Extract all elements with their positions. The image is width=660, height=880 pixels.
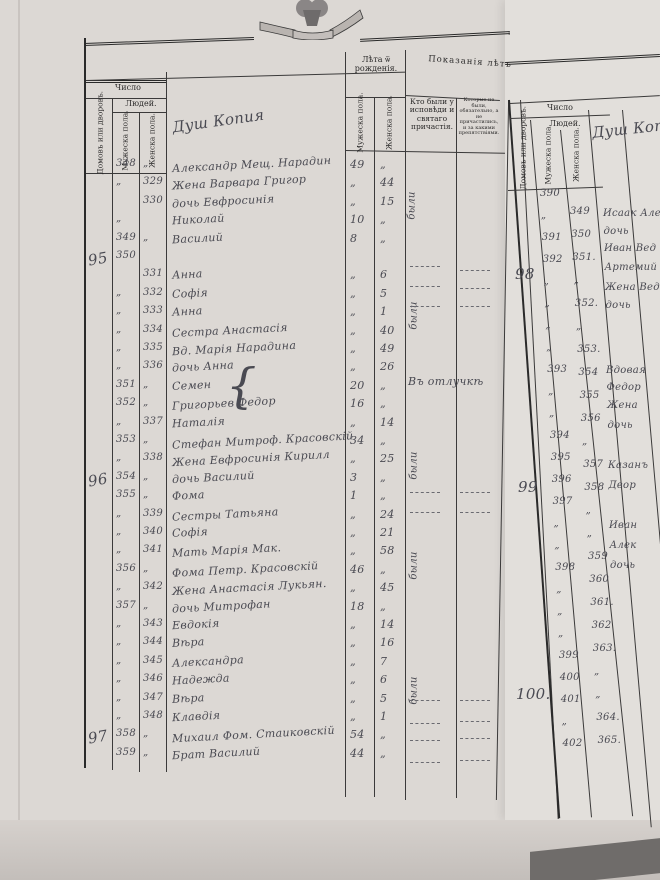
male-number: „	[116, 360, 121, 371]
female-number: 340	[143, 526, 163, 537]
column-line	[139, 112, 140, 772]
dash-mark	[460, 306, 490, 307]
male-age: 16	[350, 397, 365, 410]
male-age: 8	[350, 232, 357, 245]
female-number: 346	[143, 673, 163, 684]
person-name: Вѣра	[172, 636, 205, 651]
male-number: 354	[116, 471, 136, 482]
male-number: „	[116, 710, 121, 721]
right-person-name: Иван Вед	[604, 243, 656, 254]
dash-mark	[410, 723, 440, 724]
right-female-number: 359	[588, 551, 608, 562]
female-age: 6	[380, 673, 387, 686]
column-line	[112, 98, 113, 770]
female-number: 329	[143, 176, 163, 187]
dash-mark	[410, 306, 440, 307]
dash-mark	[410, 286, 440, 287]
male-age: „	[350, 508, 356, 521]
female-age: 24	[380, 508, 395, 521]
right-male-number: „	[549, 408, 554, 419]
male-age: „	[350, 268, 356, 281]
female-age: 5	[380, 692, 387, 705]
header-domov: Домовъ или дворовъ.	[96, 95, 105, 175]
header-not-confessed: Которые не были, обязательно, а не прича…	[458, 98, 500, 137]
right-male-number: 394	[550, 430, 570, 441]
person-name: Софія	[172, 286, 209, 301]
dash-mark	[460, 288, 490, 289]
male-number: „	[116, 618, 121, 629]
right-female-number: „	[595, 689, 600, 700]
female-number: „	[143, 471, 148, 482]
person-name: Наталія	[172, 414, 226, 430]
column-line	[405, 50, 406, 800]
female-number: 338	[143, 452, 163, 463]
female-number: 341	[143, 544, 163, 555]
male-age: „	[350, 360, 356, 373]
male-number: 357	[116, 600, 136, 611]
right-person-name: Вдовая	[606, 365, 646, 376]
male-age: 54	[350, 728, 365, 741]
female-age: „	[380, 213, 386, 226]
right-female-number: 362	[592, 620, 612, 631]
male-age: 3	[350, 471, 357, 484]
male-age: „	[350, 618, 356, 631]
right-male-number: „	[558, 628, 563, 639]
confession-note: были	[409, 451, 420, 479]
household-number: 95	[87, 248, 110, 269]
dash-mark	[410, 762, 440, 763]
female-number: „	[143, 397, 148, 408]
column-line	[374, 97, 375, 797]
female-age: „	[380, 232, 386, 245]
right-female-number: 363.	[593, 643, 616, 654]
female-age: 58	[380, 544, 395, 557]
male-age: „	[350, 710, 356, 723]
right-female-number: „	[587, 528, 592, 539]
confession-note: были	[409, 551, 420, 579]
person-name: Семен	[172, 378, 212, 393]
right-header-chislo: Число	[530, 104, 590, 113]
right-person-name: дочь	[606, 300, 631, 311]
male-number: „	[116, 636, 121, 647]
dash-mark	[460, 492, 490, 493]
female-number: 347	[143, 692, 163, 703]
female-number: „	[143, 563, 148, 574]
female-age: 21	[380, 526, 395, 539]
right-female-number: 353.	[577, 344, 600, 355]
male-number: „	[116, 213, 121, 224]
right-female-number: 365.	[598, 735, 621, 746]
dash-mark	[410, 700, 440, 701]
right-male-number: 395	[551, 452, 571, 463]
right-female-number: 350	[571, 229, 591, 240]
right-household-number: 98	[515, 265, 535, 283]
person-name: Фома	[172, 488, 205, 503]
male-number: „	[116, 342, 121, 353]
female-age: 44	[380, 176, 395, 189]
right-header-muzh: Мужеска пола.	[544, 125, 553, 185]
female-age: 15	[380, 195, 395, 208]
dash-mark	[460, 700, 490, 701]
right-female-number: 355	[580, 390, 600, 401]
male-number: 355	[116, 489, 136, 500]
female-number: 342	[143, 581, 163, 592]
female-age: 16	[380, 636, 395, 649]
right-male-number: „	[554, 518, 559, 529]
male-age: „	[350, 416, 356, 429]
female-age: 40	[380, 324, 395, 337]
right-person-name: Исаак Алекс	[603, 208, 660, 219]
right-female-number: 356	[581, 413, 601, 424]
female-age: 5	[380, 287, 387, 300]
female-number: „	[143, 232, 148, 243]
male-age: „	[350, 452, 356, 465]
right-female-number: 352.	[575, 298, 598, 309]
right-female-number: 351.	[572, 252, 595, 263]
male-number: 353	[116, 434, 136, 445]
right-female-number: 364.	[596, 712, 619, 723]
female-number: „	[143, 728, 148, 739]
column-line	[456, 98, 457, 798]
male-age: 20	[350, 379, 365, 392]
right-male-number: 396	[552, 474, 572, 485]
female-age: 14	[380, 416, 395, 429]
absence-note: Въ отлучкѣ	[408, 375, 483, 388]
male-number: „	[116, 655, 121, 666]
right-male-number: „	[545, 298, 550, 309]
male-age: 1	[350, 489, 357, 502]
female-age: 25	[380, 452, 395, 465]
male-age: „	[350, 544, 356, 557]
female-age: 1	[380, 710, 387, 723]
right-male-number: „	[562, 716, 567, 727]
dash-mark	[410, 512, 440, 513]
person-name: Клавдія	[172, 709, 221, 725]
header-zhen: Женска пола.	[148, 106, 157, 176]
female-number: 344	[143, 636, 163, 647]
right-female-number: 357	[583, 459, 603, 470]
right-female-number: „	[574, 275, 579, 286]
female-age: „	[380, 434, 386, 447]
person-name: Софія	[172, 525, 209, 540]
male-age: „	[350, 342, 356, 355]
male-number: 359	[116, 747, 136, 758]
right-male-number: 392	[543, 254, 563, 265]
male-age: 34	[350, 434, 365, 447]
right-male-number: „	[546, 342, 551, 353]
header-line	[345, 97, 405, 98]
female-number: 343	[143, 618, 163, 629]
dash-mark	[460, 512, 490, 513]
right-person-name: дочь	[604, 226, 629, 237]
right-person-name: дочь	[610, 560, 635, 571]
female-number: 333	[143, 305, 163, 316]
female-age: „	[380, 489, 386, 502]
female-number: 332	[143, 287, 163, 298]
person-name: Вѣра	[172, 691, 205, 706]
header-age-female: Женска пола.	[385, 88, 394, 158]
female-number: „	[143, 600, 148, 611]
female-age: 49	[380, 342, 395, 355]
male-number: 348	[116, 158, 136, 169]
double-headed-eagle-emblem-icon	[255, 0, 365, 40]
male-age: „	[350, 673, 356, 686]
male-age: 18	[350, 600, 365, 613]
right-household-number: 100.	[516, 685, 551, 703]
right-male-number: 393	[547, 364, 567, 375]
female-number: 337	[143, 416, 163, 427]
right-male-number: 400	[560, 672, 580, 683]
female-number: 334	[143, 324, 163, 335]
header-confessed: Кто были у исповѣди и святаго причастія.	[408, 98, 456, 131]
male-number: 358	[116, 728, 136, 739]
right-person-name: Артемий	[605, 262, 658, 273]
right-female-number: „	[576, 321, 581, 332]
right-male-number: „	[548, 386, 553, 397]
right-male-number: 390	[540, 188, 560, 199]
male-number: „	[116, 581, 121, 592]
person-name: Анна	[172, 304, 203, 319]
male-number: „	[116, 692, 121, 703]
right-person-name: Алек	[610, 540, 637, 551]
female-age: „	[380, 600, 386, 613]
right-male-number: „	[541, 210, 546, 221]
right-header-domov: Домовъ или дворовъ.	[519, 120, 528, 190]
column-line	[345, 52, 346, 797]
right-household-number: 99	[518, 478, 538, 496]
household-number: 96	[87, 469, 110, 490]
male-number: „	[116, 305, 121, 316]
right-male-number: 391	[542, 232, 562, 243]
right-male-number: „	[557, 606, 562, 617]
female-age: „	[380, 158, 386, 171]
male-age: 10	[350, 213, 365, 226]
female-number: 339	[143, 508, 163, 519]
female-number: 335	[143, 342, 163, 353]
family-brace: {	[226, 358, 257, 414]
female-age: 6	[380, 268, 387, 281]
male-age: „	[350, 581, 356, 594]
male-age: 49	[350, 158, 365, 171]
dash-mark	[460, 721, 490, 722]
female-number: „	[143, 434, 148, 445]
right-male-number: 397	[553, 496, 573, 507]
right-person-name: Федор	[607, 382, 641, 393]
male-number: 351	[116, 379, 136, 390]
dash-mark	[460, 270, 490, 271]
female-age: „	[380, 397, 386, 410]
female-age: 14	[380, 618, 395, 631]
male-age: „	[350, 195, 356, 208]
right-person-name: Жена Вед	[605, 282, 660, 293]
female-age: „	[380, 563, 386, 576]
right-female-number: 354	[578, 367, 598, 378]
right-person-name: Казанъ	[608, 460, 648, 471]
female-number: 330	[143, 195, 163, 206]
male-number: 350	[116, 250, 136, 261]
female-age: „	[380, 728, 386, 741]
right-male-number: „	[545, 320, 550, 331]
female-number: „	[143, 379, 148, 390]
male-number: „	[116, 176, 121, 187]
male-age: 46	[350, 563, 365, 576]
female-number: 348	[143, 710, 163, 721]
male-number: „	[116, 508, 121, 519]
right-person-name: Жена	[607, 400, 638, 411]
right-header-zhen: Женска пола.	[572, 125, 581, 185]
male-number: „	[116, 673, 121, 684]
male-age: „	[350, 287, 356, 300]
person-name: Евдокія	[172, 617, 220, 632]
right-male-number: „	[544, 276, 549, 287]
right-female-number: 349	[570, 206, 590, 217]
female-age: „	[380, 379, 386, 392]
dash-mark	[410, 740, 440, 741]
column-line	[166, 72, 167, 772]
male-age: „	[350, 636, 356, 649]
male-age: „	[350, 305, 356, 318]
female-number: „	[143, 158, 148, 169]
right-female-number: 361.	[590, 597, 613, 608]
male-number: „	[116, 452, 121, 463]
female-age: „	[380, 747, 386, 760]
right-person-name: Иван	[609, 520, 637, 531]
header-leta: Лѣта ѿ рожденія.	[347, 56, 405, 74]
male-age: „	[350, 692, 356, 705]
right-female-number: 360	[589, 574, 609, 585]
female-number: „	[143, 747, 148, 758]
female-number: 336	[143, 360, 163, 371]
right-female-number: „	[594, 666, 599, 677]
male-age: „	[350, 655, 356, 668]
female-number: 331	[143, 268, 163, 279]
frame-line	[84, 38, 86, 768]
male-number: „	[116, 544, 121, 555]
right-female-number: 358	[584, 482, 604, 493]
right-person-name: Двор	[609, 480, 637, 491]
right-male-number: 401	[561, 694, 581, 705]
female-age: 7	[380, 655, 387, 668]
male-age: „	[350, 324, 356, 337]
confession-note: были	[407, 191, 418, 219]
right-male-number: 399	[559, 650, 579, 661]
female-age: „	[380, 471, 386, 484]
female-number: 345	[143, 655, 163, 666]
right-male-number: „	[556, 584, 561, 595]
dash-mark	[460, 760, 490, 761]
male-number: 352	[116, 397, 136, 408]
right-male-number: 398	[555, 562, 575, 573]
male-age: „	[350, 526, 356, 539]
male-number: „	[116, 324, 121, 335]
female-number: „	[143, 489, 148, 500]
right-female-number: „	[582, 436, 587, 447]
male-number: „	[116, 526, 121, 537]
male-age: 44	[350, 747, 365, 760]
person-name: Анна	[172, 268, 203, 283]
right-person-name: дочь	[608, 420, 633, 431]
male-number: „	[116, 416, 121, 427]
female-age: 1	[380, 305, 387, 318]
dash-mark	[460, 738, 490, 739]
female-age: 26	[380, 360, 395, 373]
male-number: 356	[116, 563, 136, 574]
right-male-number: 402	[563, 738, 583, 749]
male-number: „	[116, 287, 121, 298]
right-male-number: „	[554, 540, 559, 551]
person-name: Василий	[172, 230, 224, 246]
dash-mark	[410, 492, 440, 493]
male-age: „	[350, 176, 356, 189]
right-female-number: „	[586, 505, 591, 516]
female-age: 45	[380, 581, 395, 594]
dash-mark	[410, 266, 440, 267]
male-number: 349	[116, 232, 136, 243]
header-age-male: Мужеска пола.	[356, 88, 365, 158]
